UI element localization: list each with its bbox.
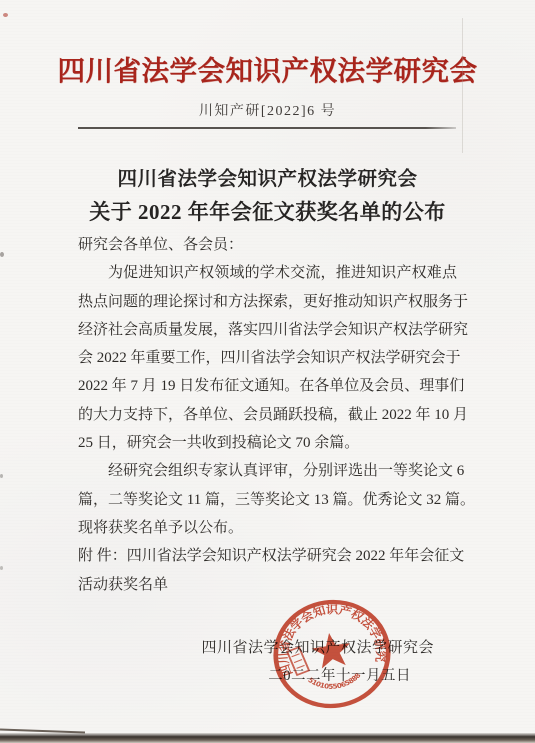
svg-text:5101055065888: 5101055065888 <box>305 669 364 694</box>
official-seal-graphic: 四川省法学会知识产权法学研究会 5101055065888 <box>260 587 403 722</box>
scan-edge-bottom <box>0 733 535 743</box>
body-line: 2022 年 7 月 19 日发布征文通知。在各单位及会员、理事们 <box>78 372 457 400</box>
seal-serial-number: 5101055065888 <box>305 669 364 694</box>
seal-star-icon <box>310 630 353 669</box>
document-page: 四川省法学会知识产权法学研究会 川知产研[2022]6 号 四川省法学会知识产权… <box>0 0 535 743</box>
body-line: 为促进知识产权领域的学术交流，推进知识产权难点 <box>78 259 457 287</box>
doc-title-line2: 关于 2022 年年会征文获奖名单的公布 <box>0 195 535 229</box>
body-line-attachment: 附 件：四川省法学会知识产权法学研究会 2022 年年会征文 <box>78 542 457 570</box>
body-line: 热点问题的理论探讨和方法探索，更好推动知识产权服务于 <box>78 288 457 316</box>
doc-title-line1: 四川省法学会知识产权法学研究会 <box>0 165 535 195</box>
body-line-attachment: 活动获奖名单 <box>78 571 457 599</box>
official-seal: 四川省法学会知识产权法学研究会 5101055065888 <box>260 587 403 722</box>
body-line: 篇，二等奖论文 11 篇，三等奖论文 13 篇。优秀论文 32 篇。 <box>78 486 457 514</box>
paper-fold-line <box>462 18 463 153</box>
body-line-salutation: 研究会各单位、各会员： <box>78 231 457 259</box>
scan-speck <box>3 13 8 17</box>
scan-speck <box>0 252 4 257</box>
body-text: 研究会各单位、各会员： 为促进知识产权领域的学术交流，推进知识产权难点 热点问题… <box>78 231 457 599</box>
doc-title: 四川省法学会知识产权法学研究会 关于 2022 年年会征文获奖名单的公布 <box>0 165 535 229</box>
doc-number: 川知产研[2022]6 号 <box>0 100 535 120</box>
scan-speck <box>0 566 3 570</box>
body-line: 经研究会组织专家认真评审，分别评选出一等奖论文 6 <box>78 457 457 485</box>
body-line: 现将获奖名单予以公布。 <box>78 514 457 542</box>
org-header-title: 四川省法学会知识产权法学研究会 <box>0 48 535 88</box>
body-line: 25 日，研究会一共收到投稿论文 70 余篇。 <box>78 429 457 457</box>
body-line: 会 2022 年重要工作，四川省法学会知识产权法学研究会于 <box>78 344 457 372</box>
body-line: 的大力支持下，各单位、会员踊跃投稿，截止 2022 年 10 月 <box>78 401 457 429</box>
body-line: 经济社会高质量发展，落实四川省法学会知识产权法学研究 <box>78 316 457 344</box>
header-divider <box>78 127 456 129</box>
scan-speck <box>0 474 3 478</box>
